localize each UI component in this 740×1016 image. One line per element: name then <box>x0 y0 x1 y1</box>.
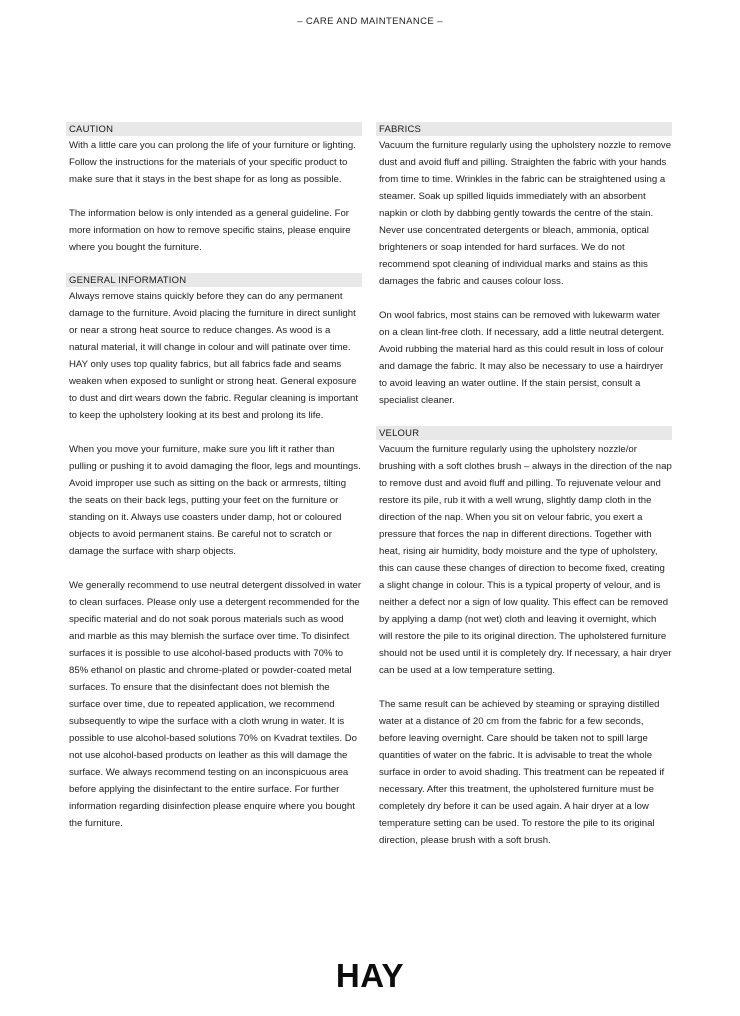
section-caution: CAUTION With a little care you can prolo… <box>66 122 362 256</box>
velour-paragraph-1: Vacuum the furniture regularly using the… <box>376 441 672 679</box>
section-general-information: GENERAL INFORMATION Always remove stains… <box>66 273 362 832</box>
general-paragraph-1: Always remove stains quickly before they… <box>66 288 362 424</box>
section-heading-general-information: GENERAL INFORMATION <box>66 273 362 287</box>
fabrics-paragraph-1: Vacuum the furniture regularly using the… <box>376 137 672 290</box>
page-title: – CARE AND MAINTENANCE – <box>0 16 740 27</box>
caution-paragraph-2: The information below is only intended a… <box>66 205 362 256</box>
fabrics-paragraph-2: On wool fabrics, most stains can be remo… <box>376 307 672 409</box>
caution-paragraph-1: With a little care you can prolong the l… <box>66 137 362 188</box>
right-column: FABRICS Vacuum the furniture regularly u… <box>376 122 672 866</box>
section-heading-fabrics: FABRICS <box>376 122 672 136</box>
general-paragraph-3: We generally recommend to use neutral de… <box>66 577 362 832</box>
general-paragraph-2: When you move your furniture, make sure … <box>66 441 362 560</box>
section-fabrics: FABRICS Vacuum the furniture regularly u… <box>376 122 672 409</box>
hay-logo: HAY <box>0 957 740 995</box>
left-column: CAUTION With a little care you can prolo… <box>66 122 362 849</box>
section-velour: VELOUR Vacuum the furniture regularly us… <box>376 426 672 849</box>
section-heading-caution: CAUTION <box>66 122 362 136</box>
velour-paragraph-2: The same result can be achieved by steam… <box>376 696 672 849</box>
section-heading-velour: VELOUR <box>376 426 672 440</box>
